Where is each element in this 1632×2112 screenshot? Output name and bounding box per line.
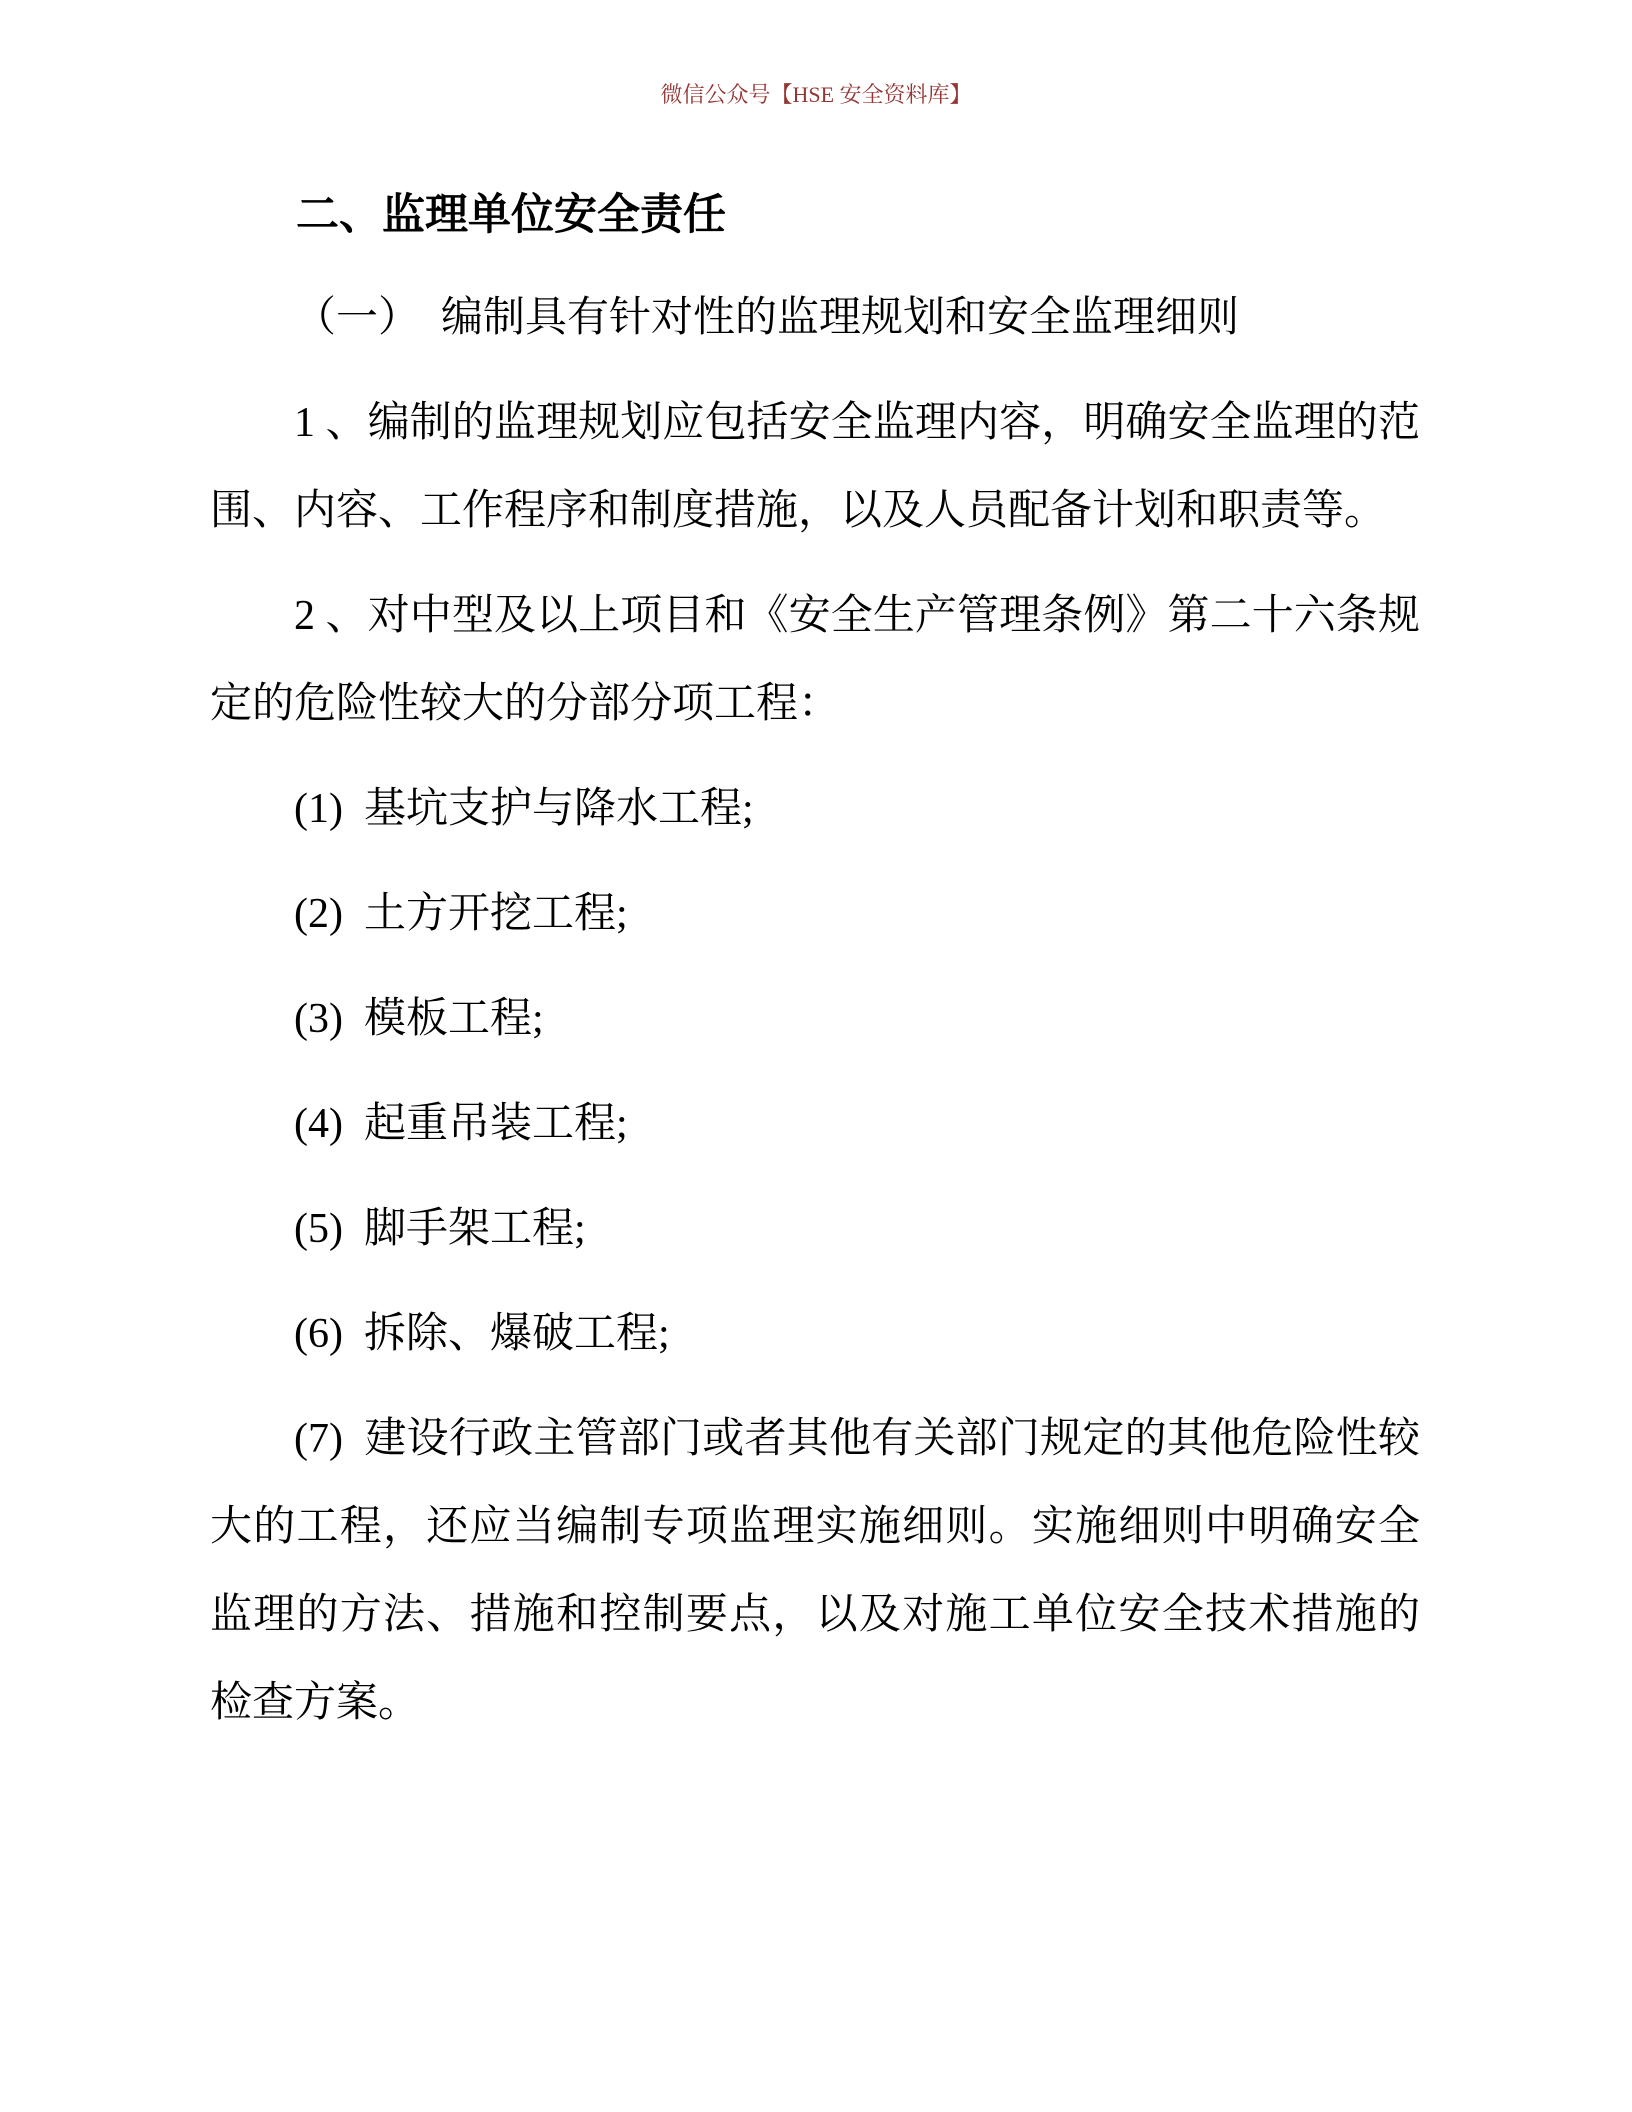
list-item-2: (2) 土方开挖工程; xyxy=(210,870,1420,958)
list-item-4: (4) 起重吊装工程; xyxy=(210,1080,1420,1168)
list-item-3: (3) 模板工程; xyxy=(210,975,1420,1063)
document-body: 二、监理单位安全责任 （一） 编制具有针对性的监理规划和安全监理细则 1 、编制… xyxy=(0,172,1632,1747)
paragraph-item-1: 1 、编制的监理规划应包括安全监理内容，明确安全监理的范围、内容、工作程序和制度… xyxy=(210,379,1420,555)
list-item-7: (7) 建设行政主管部门或者其他有关部门规定的其他危险性较大的工程，还应当编制专… xyxy=(210,1395,1420,1747)
list-item-1: (1) 基坑支护与降水工程; xyxy=(210,765,1420,853)
list-item-5: (5) 脚手架工程; xyxy=(210,1185,1420,1273)
list-item-6: (6) 拆除、爆破工程; xyxy=(210,1290,1420,1378)
subsection-heading: （一） 编制具有针对性的监理规划和安全监理细则 xyxy=(210,274,1420,362)
document-page: 微信公众号【HSE 安全资料库】 二、监理单位安全责任 （一） 编制具有针对性的… xyxy=(0,0,1632,2112)
paragraph-item-2: 2 、对中型及以上项目和《安全生产管理条例》第二十六条规定的危险性较大的分部分项… xyxy=(210,572,1420,748)
section-title: 二、监理单位安全责任 xyxy=(210,172,1420,260)
header-banner: 微信公众号【HSE 安全资料库】 xyxy=(0,78,1632,112)
